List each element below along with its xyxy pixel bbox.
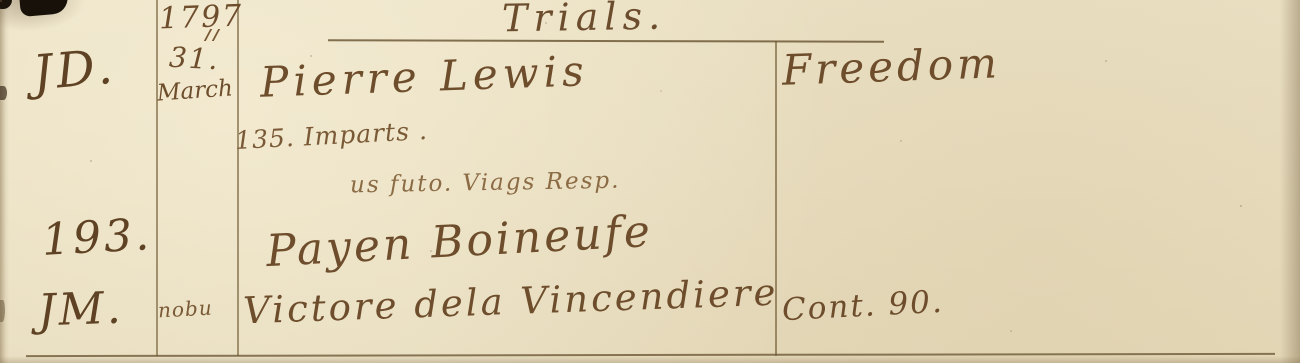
defendant-name: Payen Boineufe	[265, 210, 654, 274]
page-title: Trials.	[502, 0, 667, 37]
judgment: Cont. 90.	[781, 287, 944, 326]
date-month: March	[156, 77, 233, 105]
manuscript-page: Trials. JD. 1797 31. March Pierre Lewis …	[0, 0, 1300, 363]
judgment: Freedom	[781, 42, 1001, 92]
defendant-name: Pierre Lewis	[259, 50, 589, 103]
page-curl-shadow	[1280, 0, 1300, 363]
date-year: 1797	[159, 2, 244, 35]
header-underline	[328, 39, 884, 42]
edge-speck	[0, 86, 7, 100]
paper-speckles	[0, 0, 2, 2]
date-month: nobu	[158, 298, 214, 321]
case-id: JM.	[37, 287, 124, 334]
case-id: JD.	[31, 42, 118, 97]
docket-note: 135. Imparts .	[234, 118, 428, 153]
date-day: 31.	[168, 44, 220, 75]
year-flourish-icon	[207, 29, 227, 43]
case-id: 193.	[41, 213, 153, 263]
column-rule-date	[237, 0, 239, 356]
clerk-annotation: us futo. Viags Resp.	[350, 170, 621, 198]
page-bottom-shadow	[0, 356, 1300, 363]
defendant-name: Victore dela Vincendiere	[243, 274, 779, 330]
